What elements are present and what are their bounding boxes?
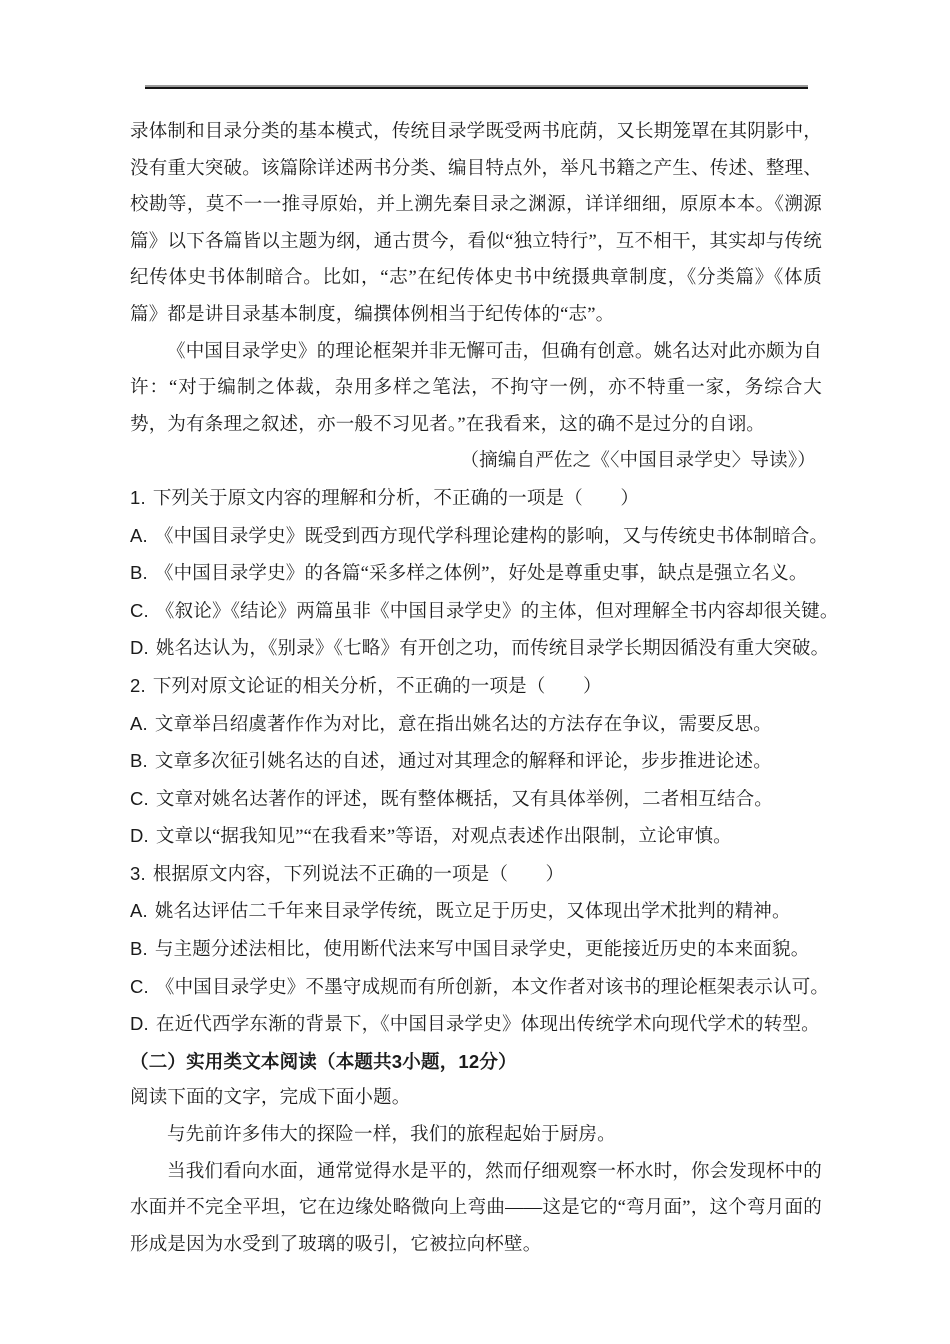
question-2-option-a-text: 文章举吕绍虞著作作为对比，意在指出姚名达的方法存在争议，需要反思。 — [155, 715, 772, 735]
question-2-option-b: B.文章多次征引姚名达的自述，通过对其理念的解释和评论，步步推进论述。 — [130, 743, 822, 781]
question-3-number: 3. — [130, 856, 146, 893]
question-2-option-d-label: D. — [130, 818, 149, 855]
passage-paragraph-continuation: 录体制和目录分类的基本模式，传统目录学既受两书庇荫，又长期笼罩在其阴影中，没有重… — [130, 114, 822, 334]
question-2-option-c-text: 文章对姚名达著作的评述，既有整体概括，又有具体举例，二者相互结合。 — [156, 790, 773, 810]
passage-paragraph-quote: 《中国目录学史》的理论框架并非无懈可击，但确有创意。姚名达对此亦颇为自许：“对于… — [130, 334, 822, 444]
question-1-option-c-text: 《叙论》《结论》两篇虽非《中国目录学史》的主体，但对理解全书内容却很关键。 — [156, 602, 839, 622]
question-1-option-d-text: 姚名达认为，《别录》《七略》有开创之功，而传统目录学长期因循没有重大突破。 — [156, 639, 829, 659]
question-1-option-b-text: 《中国目录学史》的各篇“采多样之体例”，好处是尊重史事，缺点是强立名义。 — [155, 564, 808, 584]
question-1-option-c-label: C. — [130, 593, 149, 630]
question-2: 2.下列对原文论证的相关分析，不正确的一项是（ ） A.文章举吕绍虞著作作为对比… — [130, 668, 822, 856]
question-1-option-a: A.《中国目录学史》既受到西方现代学科理论建构的影响，又与传统史书体制暗合。 — [130, 518, 822, 556]
question-1-option-b-label: B. — [130, 555, 148, 592]
question-1: 1.下列关于原文内容的理解和分析，不正确的一项是（ ） A.《中国目录学史》既受… — [130, 480, 822, 668]
question-3-option-d: D.在近代西学东渐的背景下，《中国目录学史》体现出传统学术向现代学术的转型。 — [130, 1006, 822, 1044]
question-1-option-a-text: 《中国目录学史》既受到西方现代学科理论建构的影响，又与传统史书体制暗合。 — [155, 527, 828, 547]
page-content: 录体制和目录分类的基本模式，传统目录学既受两书庇荫，又长期笼罩在其阴影中，没有重… — [130, 114, 822, 1263]
question-2-option-d: D.文章以“据我知见”“在我看来”等语，对观点表述作出限制，立论审慎。 — [130, 818, 822, 856]
question-1-option-b: B.《中国目录学史》的各篇“采多样之体例”，好处是尊重史事，缺点是强立名义。 — [130, 555, 822, 593]
question-2-option-c: C.文章对姚名达著作的评述，既有整体概括，又有具体举例，二者相互结合。 — [130, 781, 822, 819]
exam-document-page: 录体制和目录分类的基本模式，传统目录学既受两书庇荫，又长期笼罩在其阴影中，没有重… — [0, 0, 950, 1344]
question-1-option-d: D.姚名达认为，《别录》《七略》有开创之功，而传统目录学长期因循没有重大突破。 — [130, 630, 822, 668]
question-2-option-b-text: 文章多次征引姚名达的自述，通过对其理念的解释和评论，步步推进论述。 — [155, 752, 772, 772]
section-two-instruction: 阅读下面的文字，完成下面小题。 — [130, 1080, 822, 1117]
section-two-paragraph-1: 与先前许多伟大的探险一样，我们的旅程起始于厨房。 — [130, 1117, 822, 1154]
question-3-option-b: B.与主题分述法相比，使用断代法来写中国目录学史，更能接近历史的本来面貌。 — [130, 931, 822, 969]
question-3-stem-text: 根据原文内容，下列说法不正确的一项是（ ） — [153, 865, 564, 885]
question-3-option-a-text: 姚名达评估二千年来目录学传统，既立足于历史，又体现出学术批判的精神。 — [155, 902, 791, 922]
question-3-stem: 3.根据原文内容，下列说法不正确的一项是（ ） — [130, 856, 822, 894]
question-1-number: 1. — [130, 480, 146, 517]
question-3-option-d-text: 在近代西学东渐的背景下，《中国目录学史》体现出传统学术向现代学术的转型。 — [156, 1015, 820, 1035]
question-3-option-a: A.姚名达评估二千年来目录学传统，既立足于历史，又体现出学术批判的精神。 — [130, 893, 822, 931]
question-2-stem: 2.下列对原文论证的相关分析，不正确的一项是（ ） — [130, 668, 822, 706]
question-2-stem-text: 下列对原文论证的相关分析，不正确的一项是（ ） — [153, 677, 602, 697]
section-two-heading: （二）实用类文本阅读（本题共3小题，12分） — [130, 1044, 822, 1081]
question-3-option-d-label: D. — [130, 1006, 149, 1043]
question-3-option-c-label: C. — [130, 969, 149, 1006]
section-two-paragraph-2: 当我们看向水面，通常觉得水是平的，然而仔细观察一杯水时，你会发现杯中的水面并不完… — [130, 1154, 822, 1264]
question-2-option-c-label: C. — [130, 781, 149, 818]
question-3-option-c: C.《中国目录学史》不墨守成规而有所创新，本文作者对该书的理论框架表示认可。 — [130, 969, 822, 1007]
question-2-option-a: A.文章举吕绍虞著作作为对比，意在指出姚名达的方法存在争议，需要反思。 — [130, 706, 822, 744]
question-1-option-a-label: A. — [130, 518, 148, 555]
question-2-option-d-text: 文章以“据我知见”“在我看来”等语，对观点表述作出限制，立论审慎。 — [156, 827, 732, 847]
question-1-option-c: C.《叙论》《结论》两篇虽非《中国目录学史》的主体，但对理解全书内容却很关键。 — [130, 593, 822, 631]
section-two: （二）实用类文本阅读（本题共3小题，12分） 阅读下面的文字，完成下面小题。 与… — [130, 1044, 822, 1264]
question-1-stem: 1.下列关于原文内容的理解和分析，不正确的一项是（ ） — [130, 480, 822, 518]
question-2-number: 2. — [130, 668, 146, 705]
question-2-option-b-label: B. — [130, 743, 148, 780]
question-3-option-b-text: 与主题分述法相比，使用断代法来写中国目录学史，更能接近历史的本来面貌。 — [155, 940, 810, 960]
question-3-option-a-label: A. — [130, 893, 148, 930]
question-3-option-b-label: B. — [130, 931, 148, 968]
page-top-divider — [145, 87, 808, 89]
question-2-option-a-label: A. — [130, 706, 148, 743]
question-1-stem-text: 下列关于原文内容的理解和分析，不正确的一项是（ ） — [153, 489, 639, 509]
question-1-option-d-label: D. — [130, 630, 149, 667]
passage-attribution: （摘编自严佐之《〈中国目录学史〉导读》） — [130, 443, 822, 480]
question-3: 3.根据原文内容，下列说法不正确的一项是（ ） A.姚名达评估二千年来目录学传统… — [130, 856, 822, 1044]
question-3-option-c-text: 《中国目录学史》不墨守成规而有所创新，本文作者对该书的理论框架表示认可。 — [156, 978, 829, 998]
